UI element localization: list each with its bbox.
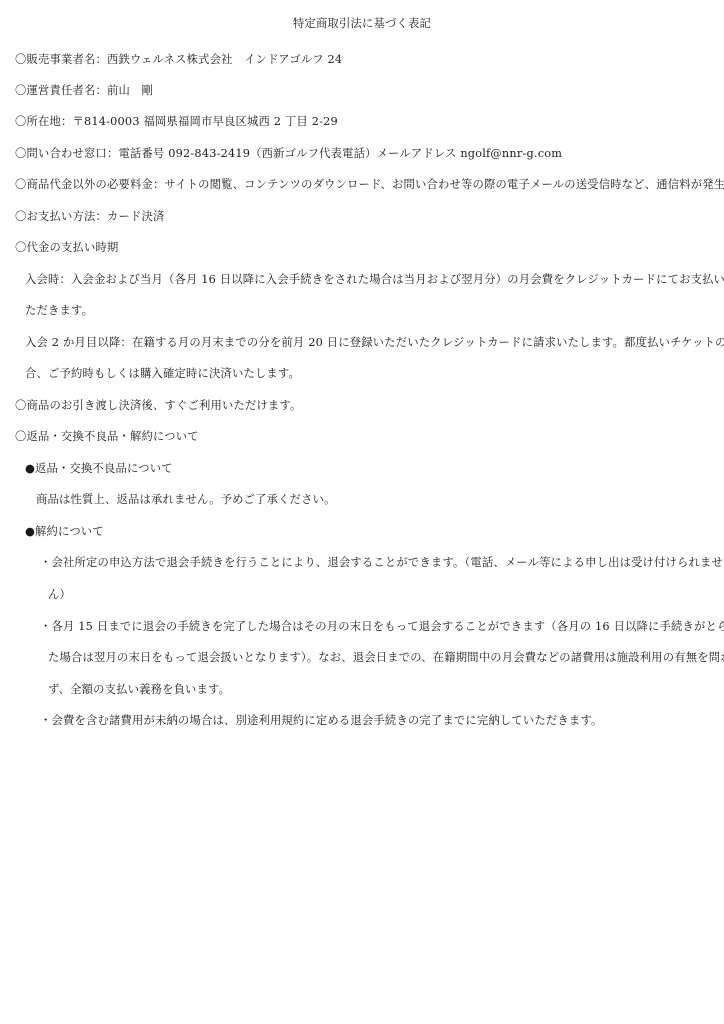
document-line: 〇運営責任者名：前山 剛 — [15, 84, 153, 98]
document-line: ん） — [48, 588, 71, 602]
document-line: ●解約について — [25, 525, 104, 539]
document-line: 〇所在地：〒814-0003 福岡県福岡市早良区城西 2 丁目 2-29 — [15, 115, 338, 129]
document-line: ●返品・交換不良品について — [25, 462, 173, 476]
document-line: 入会時：入会金および当月（各月 16 日以降に入会手続きをされた場合は当月および… — [25, 273, 724, 287]
document-line: ・会社所定の申込方法で退会手続きを行うことにより、退会することができます。（電話… — [40, 556, 723, 570]
document-line: ただきます。 — [25, 304, 93, 318]
document-line: ・各月 15 日までに退会の手続きを完了した場合はその月の末日をもって退会するこ… — [40, 620, 724, 634]
document-line: 〇販売事業者名：西鉄ウェルネス株式会社 インドアゴルフ 24 — [15, 53, 342, 67]
document-line: た場合は翌月の末日をもって退会扱いとなります）。なお、退会日までの、在籍期間中の… — [48, 651, 724, 665]
document-line: ず、全額の支払い義務を負います。 — [48, 683, 230, 697]
document-line: ・会費を含む諸費用が未納の場合は、別途利用規約に定める退会手続きの完了までに完納… — [40, 714, 602, 728]
document-line: 〇商品のお引き渡し決済後、すぐご利用いただけます。 — [15, 399, 302, 413]
document-title: 特定商取引法に基づく表記 — [0, 17, 724, 31]
document-line: 〇商品代金以外の必要料金：サイトの閲覧、コンテンツのダウンロード、お問い合わせ等… — [15, 178, 724, 192]
document-line: 〇問い合わせ窓口：電話番号 092-843-2419（西新ゴルフ代表電話）メール… — [15, 147, 562, 161]
document-line: 商品は性質上、返品は承れません。予めご了承ください。 — [36, 493, 336, 507]
document-line: 〇代金の支払い時期 — [15, 241, 118, 255]
document-line: 合、ご予約時もしくは購入確定時に決済いたします。 — [25, 367, 300, 381]
document-line: 入会 2 か月目以降：在籍する月の月末までの分を前月 20 日に登録いただいたク… — [25, 336, 724, 350]
document-line: 〇お支払い方法：カード決済 — [15, 210, 164, 224]
document-line: 〇返品・交換不良品・解約について — [15, 430, 199, 444]
